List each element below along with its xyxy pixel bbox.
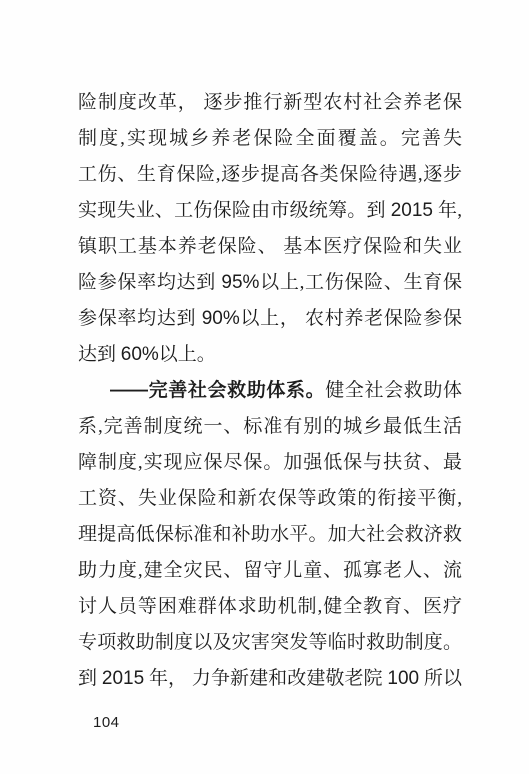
text-line: 镇职工基本养老保险、 基本医疗保险和失业保 (78, 229, 462, 265)
text-line: 助力度,建全灾民、留守儿童、孤寡老人、流浪乞 (78, 553, 462, 589)
text-line: 专项救助制度以及灾害突发等临时救助制度。 (78, 625, 462, 661)
text-line: 达到 60%以上。 (78, 337, 462, 373)
text-line: 讨人员等困难群体求助机制,健全教育、医疗等 (78, 589, 462, 625)
text-line: 制度,实现城乡养老保险全面覆盖。完善失业、 (78, 121, 462, 157)
text-line: 实现失业、工伤保险由市级统筹。到 2015 年,城 (78, 193, 462, 229)
text-line: 工资、失业保险和新农保等政策的衔接平衡,合 (78, 481, 462, 517)
text-block: 险制度改革， 逐步推行新型农村社会养老保险 制度,实现城乡养老保险全面覆盖。完善… (78, 85, 462, 697)
text-line: 障制度,实现应保尽保。加强低保与扶贫、最低 (78, 445, 462, 481)
para2-first-line-rest: 健全社会救助体 (325, 380, 462, 401)
text-line: 险制度改革， 逐步推行新型农村社会养老保险 (78, 85, 462, 121)
para2-heading: ——完善社会救助体系。 (110, 380, 325, 401)
text-line: ——完善社会救助体系。健全社会救助体 (78, 373, 462, 409)
text-line: 到 2015 年， 力争新建和改建敬老院 100 所以 (78, 661, 462, 697)
text-line: 理提高低保标准和补助水平。加大社会救济救 (78, 517, 462, 553)
book-page: 险制度改革， 逐步推行新型农村社会养老保险 制度,实现城乡养老保险全面覆盖。完善… (0, 0, 529, 774)
text-line: 参保率均达到 90%以上， 农村养老保险参保率 (78, 301, 462, 337)
text-line: 系,完善制度统一、标准有别的城乡最低生活保 (78, 409, 462, 445)
text-line: 工伤、生育保险,逐步提高各类保险待遇,逐步 (78, 157, 462, 193)
text-line: 险参保率均达到 95%以上,工伤保险、生育保险 (78, 265, 462, 301)
page-number: 104 (93, 712, 120, 734)
